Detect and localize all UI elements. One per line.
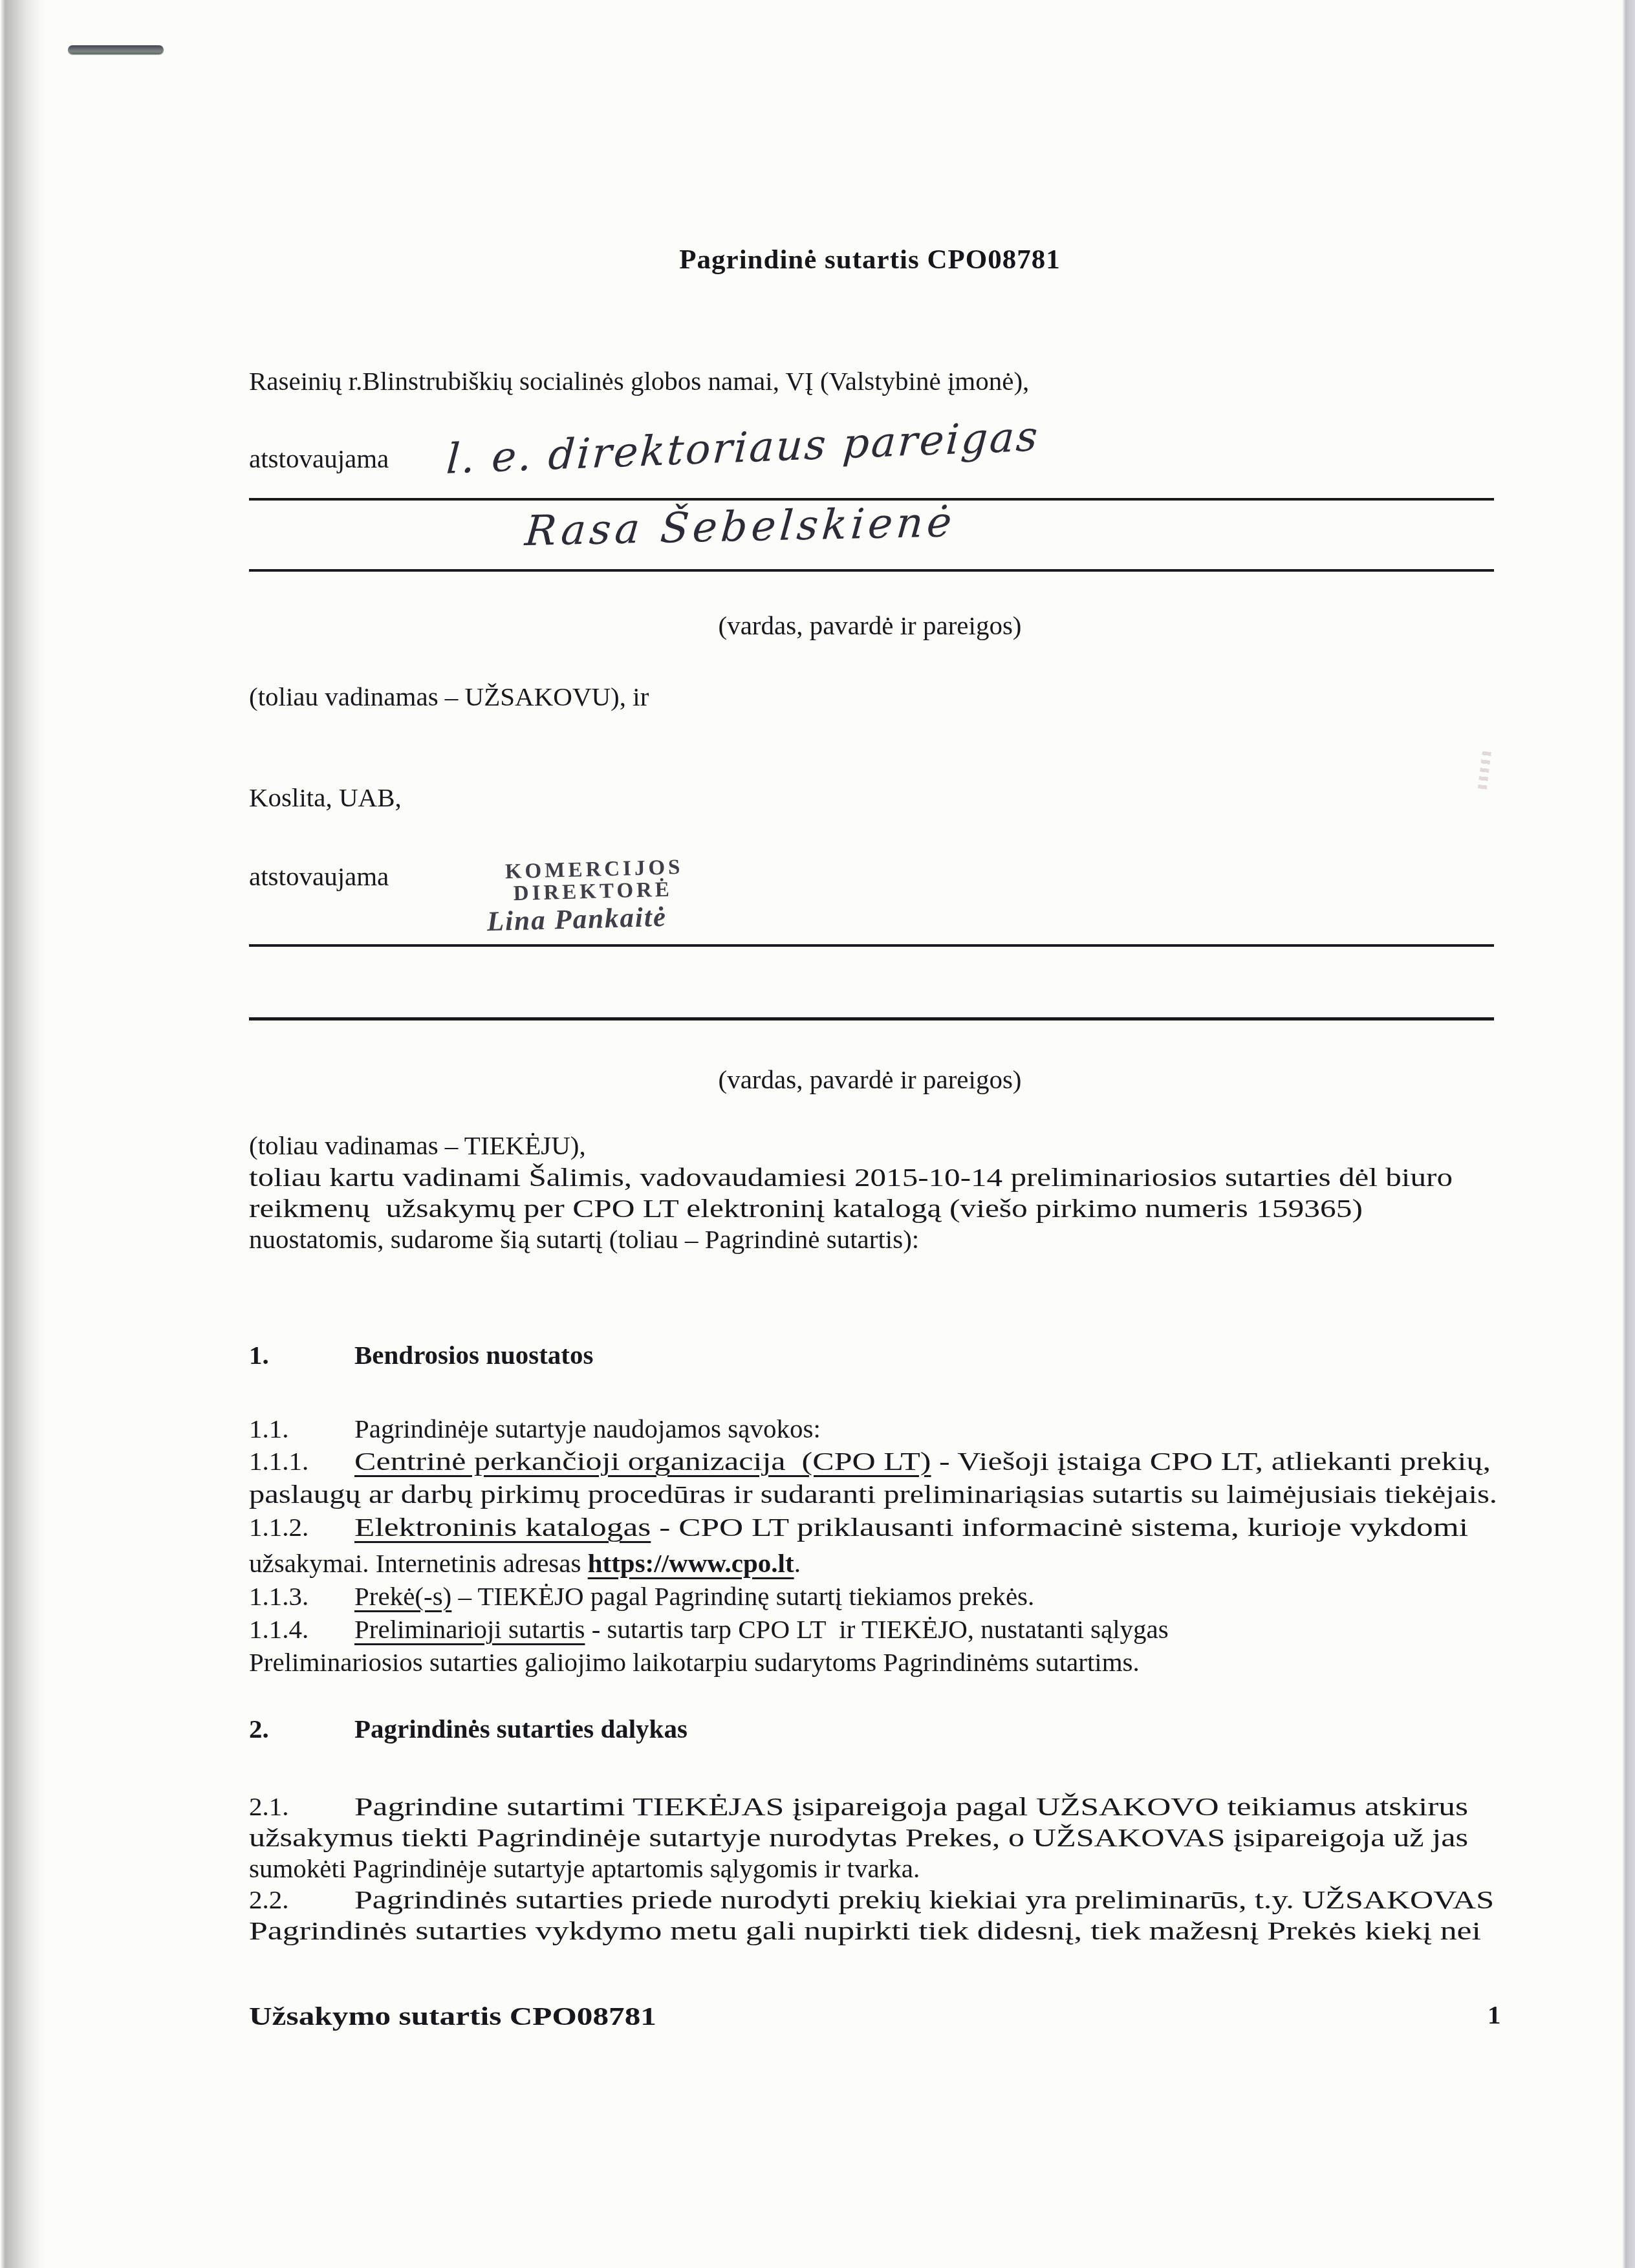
supplier-name-line: Koslita, UAB, [249, 783, 402, 813]
preamble-line-3: nuostatomis, sudarome šią sutartį (tolia… [249, 1224, 919, 1255]
clause-1-1-2-definition: - CPO LT priklausanti informacinė sistem… [651, 1512, 1468, 1542]
supplier-alias-line: (toliau vadinamas – TIEKĖJU), [249, 1130, 586, 1161]
scan-right-edge-shadow [1622, 0, 1635, 2268]
clause-1-1-2-number: 1.1.2. [249, 1512, 309, 1542]
footer-document-title: Užsakymo sutartis CPO08781 [249, 2001, 656, 2031]
clause-1-1-1-continuation: paslaugų ar darbų pirkimų procedūras ir … [249, 1479, 1497, 1509]
page-title: Pagrindinė sutartis CPO08781 [249, 244, 1491, 275]
clause-1-1-2-continuation: užsakymai. Internetinis adresas https://… [249, 1548, 801, 1579]
section-1-number: 1. [249, 1340, 269, 1370]
clause-1-1-1-text: Centrinė perkančioji organizacija (CPO L… [354, 1446, 1491, 1476]
clause-2-2-line-2: Pagrindinės sutarties vykdymo metu gali … [249, 1916, 1481, 1946]
clause-2-2-line-1: Pagrindinės sutarties priede nurodyti pr… [354, 1885, 1494, 1915]
clause-1-1-text: Pagrindinėje sutartyje naudojamos sąvoko… [354, 1414, 821, 1444]
buyer-name-line: Raseinių r.Blinstrubiškių socialinės glo… [249, 366, 1029, 396]
clause-1-1-4-continuation: Preliminariosios sutarties galiojimo lai… [249, 1647, 1140, 1678]
page-number: 1 [1488, 2000, 1501, 2030]
signature-rule-2 [249, 569, 1494, 572]
clause-1-1-4-number: 1.1.4. [249, 1614, 309, 1645]
clause-1-1-2-term: Elektroninis katalogas [354, 1512, 651, 1542]
clause-1-1-3-definition: – TIEKĖJO pagal Pagrindinę sutartį tieki… [451, 1581, 1034, 1611]
signature-rule-4 [249, 1017, 1494, 1021]
scan-smudge-artifact [1477, 751, 1491, 793]
binding-mark [68, 45, 164, 54]
stamp-name: Lina Pankaitė [486, 902, 685, 938]
section-2-number: 2. [249, 1714, 269, 1744]
clause-2-2-number: 2.2. [249, 1885, 289, 1915]
buyer-alias-line: (toliau vadinamas – UŽSAKOVU), ir [249, 682, 649, 712]
represented-by-label-supplier: atstovaujama [249, 861, 389, 892]
handwritten-name-text: Rasa Šebelskienė [523, 499, 957, 556]
scanned-contract-page: Pagrindinė sutartis CPO08781 Raseinių r.… [0, 0, 1635, 2268]
name-caption-buyer: (vardas, pavardė ir pareigos) [249, 610, 1491, 641]
section-1-heading: Bendrosios nuostatos [354, 1340, 593, 1370]
clause-1-1-2-continuation-prefix: užsakymai. Internetinis adresas [249, 1548, 588, 1578]
clause-1-1-4-term: Preliminarioji sutartis [354, 1614, 585, 1644]
cpo-url-text: https://www.cpo.lt [588, 1548, 794, 1578]
handwritten-position-text: l. e. direktoriaus pareigas [445, 413, 1041, 483]
clause-2-1-line-3: sumokėti Pagrindinėje sutartyje aptartom… [249, 1853, 920, 1884]
scan-left-edge-shadow [0, 0, 45, 2268]
clause-2-1-line-2: užsakymus tiekti Pagrindinėje sutartyje … [249, 1822, 1468, 1853]
clause-1-1-4-definition: - sutartis tarp CPO LT ir TIEKĖJO, nusta… [585, 1614, 1168, 1644]
clause-1-1-3-term: Prekė(-s) [354, 1581, 451, 1611]
section-2-heading: Pagrindinės sutarties dalykas [354, 1714, 688, 1744]
clause-2-1-number: 2.1. [249, 1791, 289, 1822]
signature-rule-3 [249, 944, 1494, 947]
clause-1-1-4-text: Preliminarioji sutartis - sutartis tarp … [354, 1614, 1169, 1645]
clause-1-1-2-text: Elektroninis katalogas - CPO LT priklaus… [354, 1512, 1468, 1542]
clause-1-1-number: 1.1. [249, 1414, 289, 1444]
clause-1-1-3-text: Prekė(-s) – TIEKĖJO pagal Pagrindinę sut… [354, 1581, 1034, 1612]
supplier-stamp: KOMERCIJOS DIREKTORĖ Lina Pankaitė [486, 856, 686, 938]
clause-1-1-1-definition: - Viešoji įstaiga CPO LT, atliekanti pre… [931, 1446, 1491, 1476]
clause-1-1-1-number: 1.1.1. [249, 1446, 309, 1476]
clause-1-1-3-number: 1.1.3. [249, 1581, 309, 1612]
preamble-line-1: toliau kartu vadinami Šalimis, vadovauda… [249, 1162, 1453, 1193]
preamble-line-2: reikmenų užsakymų per CPO LT elektroninį… [249, 1193, 1363, 1224]
represented-by-label-buyer: atstovaujama [249, 444, 389, 474]
stamp-role-line-2: DIREKTORĖ [513, 878, 684, 905]
name-caption-supplier: (vardas, pavardė ir pareigos) [249, 1064, 1491, 1095]
clause-1-1-1-term: Centrinė perkančioji organizacija (CPO L… [354, 1446, 931, 1476]
clause-1-1-2-continuation-suffix: . [794, 1548, 801, 1578]
clause-2-1-line-1: Pagrindine sutartimi TIEKĖJAS įsipareigo… [354, 1791, 1468, 1822]
